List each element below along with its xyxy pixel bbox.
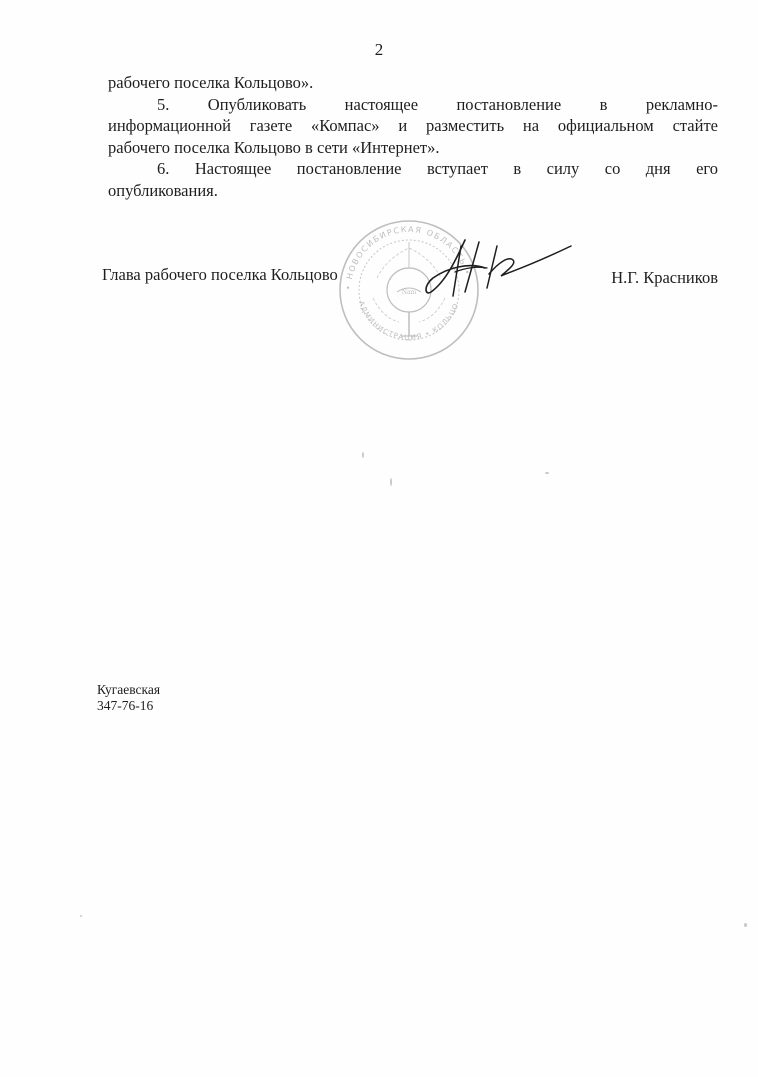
text-line: опубликования. [108,180,718,202]
signature-row: Глава рабочего поселка Кольцово Н.Г. Кра… [102,264,718,288]
signatory-name: Н.Г. Красников [611,267,718,289]
executor-note: Кугаевская 347-76-16 [97,682,160,714]
scan-artifact [744,923,747,927]
text-line: 6. Настоящее постановление вступает в си… [108,158,718,180]
page-number: 2 [0,40,758,60]
text-line: 5. Опубликовать настоящее постановление … [108,94,718,116]
scan-artifact [362,452,364,458]
text-line: рабочего поселка Кольцово». [108,72,718,94]
item-6-paragraph: 6. Настоящее постановление вступает в си… [108,158,718,201]
svg-text:Nam: Nam [402,289,417,296]
text-line: рабочего поселка Кольцово в сети «Интерн… [108,137,718,159]
position-title: Глава рабочего поселка Кольцово [102,264,338,286]
executor-name: Кугаевская [97,682,160,698]
executor-phone: 347-76-16 [97,698,160,714]
text-line: информационной газете «Компас» и размест… [108,115,718,137]
document-page: 2 рабочего поселка Кольцово». 5. Опублик… [0,0,758,1077]
document-body: рабочего поселка Кольцово». 5. Опубликов… [108,72,718,201]
item-5-paragraph: 5. Опубликовать настоящее постановление … [108,94,718,159]
scan-artifact [545,472,549,474]
continuation-paragraph: рабочего поселка Кольцово». [108,72,718,94]
scan-artifact [390,478,392,486]
scan-artifact [80,915,82,917]
